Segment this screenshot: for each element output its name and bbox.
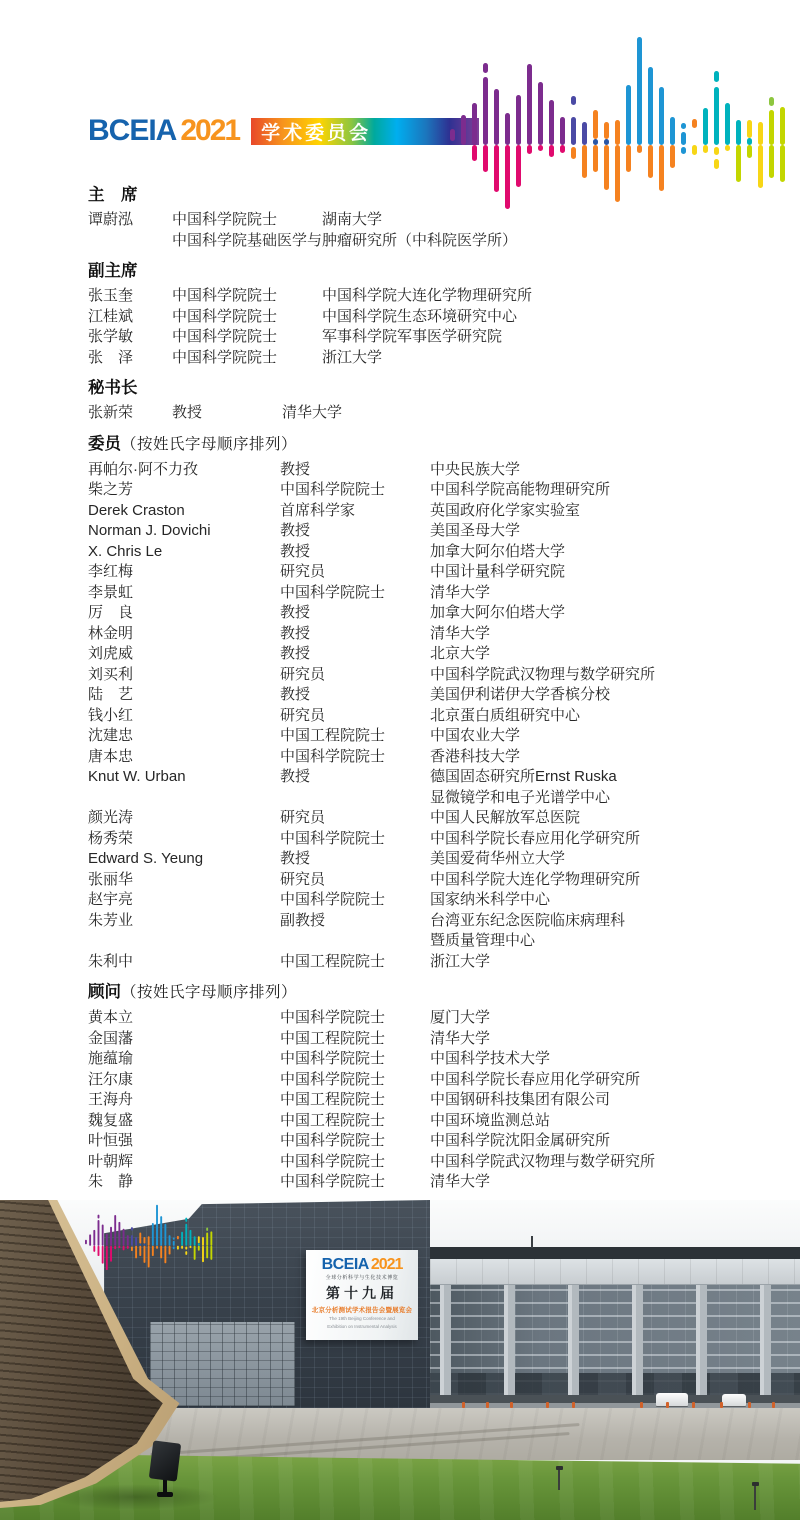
logo-bceia-text: BCEIA xyxy=(88,116,176,146)
billboard-name-cn: 北京分析测试学术报告会暨展览会 xyxy=(306,1305,418,1314)
committee-row: 赵宇亮中国科学院院士国家纳米科学中心 xyxy=(88,890,712,911)
committee-sections: 主 席谭蔚泓中国科学院院士湖南大学中国科学院基础医学与肿瘤研究所（中科院医学所）… xyxy=(88,184,712,1193)
member-name: 颜光涛 xyxy=(88,808,280,829)
committee-row: 刘买利研究员中国科学院武汉物理与数学研究所 xyxy=(88,665,712,686)
member-org: 中央民族大学 xyxy=(430,460,712,481)
member-org: 中国科学院沈阳金属研究所 xyxy=(430,1131,712,1152)
member-name: 柴之芳 xyxy=(88,480,280,501)
billboard-name-en: The 19th Beijing Conference and xyxy=(306,1316,418,1322)
equalizer-bar xyxy=(118,1204,120,1278)
equalizer-bar xyxy=(210,1204,212,1278)
section-heading-text: 顾问 xyxy=(88,983,121,1001)
member-title: 副教授 xyxy=(280,911,430,932)
equalizer-bar xyxy=(148,1204,150,1278)
committee-row: 叶朝辉中国科学院院士中国科学院武汉物理与数学研究所 xyxy=(88,1152,712,1173)
committee-row: 汪尔康中国科学院院士中国科学院长春应用化学研究所 xyxy=(88,1070,712,1091)
member-name: 施蕴瑜 xyxy=(88,1049,280,1070)
equalizer-graphic-small xyxy=(85,1204,212,1278)
member-name: 谭蔚泓 xyxy=(88,210,172,231)
member-org: 浙江大学 xyxy=(430,952,712,973)
member-org: 英国政府化学家实验室 xyxy=(430,501,712,522)
equalizer-bar xyxy=(144,1204,146,1278)
equalizer-bar xyxy=(780,35,785,230)
member-org: 清华大学 xyxy=(430,583,712,604)
billboard-bceia-text: BCEIA xyxy=(322,1256,369,1273)
member-title: 中国科学院院士 xyxy=(172,348,322,369)
member-org-line2: 显微镜学和电子光谱学中心 xyxy=(88,788,712,809)
equalizer-bar xyxy=(169,1204,171,1278)
committee-row: 朱芳业副教授台湾亚东纪念医院临床病理科 xyxy=(88,911,712,932)
member-title: 中国工程院院士 xyxy=(280,1029,430,1050)
equalizer-bar xyxy=(177,1204,179,1278)
member-name: 再帕尔·阿不力孜 xyxy=(88,460,280,481)
equalizer-bar xyxy=(152,1204,154,1278)
member-title: 中国科学院院士 xyxy=(280,1131,430,1152)
member-title: 教授 xyxy=(280,767,430,788)
member-title: 教授 xyxy=(172,403,282,424)
billboard-logo: BCEIA2021 xyxy=(306,1257,418,1273)
member-title: 中国科学院院士 xyxy=(172,307,322,328)
billboard-year-text: 2021 xyxy=(371,1256,403,1273)
photo-exhibition-hall xyxy=(430,1247,800,1408)
member-org: 美国圣母大学 xyxy=(430,521,712,542)
member-title: 教授 xyxy=(280,460,430,481)
member-org: 中国科学院大连化学物理研究所 xyxy=(430,870,712,891)
member-name: 魏复盛 xyxy=(88,1111,280,1132)
member-title: 研究员 xyxy=(280,665,430,686)
member-title: 中国科学院院士 xyxy=(280,583,430,604)
committee-row: 王海舟中国工程院院士中国钢研科技集团有限公司 xyxy=(88,1090,712,1111)
page-title: 学术委员会 xyxy=(261,118,371,145)
equalizer-bar xyxy=(758,35,763,230)
section-heading: 顾问（按姓氏字母顺序排列） xyxy=(88,981,712,1004)
equalizer-bar xyxy=(98,1204,100,1278)
member-name: 江桂斌 xyxy=(88,307,172,328)
photo-columns xyxy=(430,1285,800,1401)
logo-year-text: 2021 xyxy=(180,116,239,146)
equalizer-bar xyxy=(736,35,741,230)
member-org: 中国科学院武汉物理与数学研究所 xyxy=(430,665,712,686)
section-heading-text: 秘书长 xyxy=(88,379,138,397)
equalizer-bar xyxy=(85,1204,87,1278)
member-org: 湖南大学 xyxy=(322,210,712,231)
committee-row: 钱小红研究员北京蛋白质组研究中心 xyxy=(88,706,712,727)
committee-row: 颜光涛研究员中国人民解放军总医院 xyxy=(88,808,712,829)
equalizer-bar xyxy=(160,1204,162,1278)
member-name: 张玉奎 xyxy=(88,286,172,307)
member-title: 中国科学院院士 xyxy=(280,890,430,911)
member-name: 陆 艺 xyxy=(88,685,280,706)
committee-row: Norman J. Dovichi教授美国圣母大学 xyxy=(88,521,712,542)
equalizer-bar xyxy=(747,35,752,230)
equalizer-bar xyxy=(93,1204,95,1278)
committee-row: 再帕尔·阿不力孜教授中央民族大学 xyxy=(88,460,712,481)
committee-row: 叶恒强中国科学院院士中国科学院沈阳金属研究所 xyxy=(88,1131,712,1152)
section-heading-note: （按姓氏字母顺序排列） xyxy=(121,984,297,1001)
member-name: Norman J. Dovichi xyxy=(88,521,280,542)
member-title: 中国科学院院士 xyxy=(280,1070,430,1091)
member-title: 中国科学院院士 xyxy=(172,286,322,307)
equalizer-bar xyxy=(206,1204,208,1278)
member-name: 厉 良 xyxy=(88,603,280,624)
member-name: 朱芳业 xyxy=(88,911,280,932)
section-heading-text: 副主席 xyxy=(88,262,138,280)
member-title: 中国科学院院士 xyxy=(280,747,430,768)
section-heading: 副主席 xyxy=(88,260,712,282)
equalizer-bar xyxy=(164,1204,166,1278)
member-org: 香港科技大学 xyxy=(430,747,712,768)
member-title: 中国科学院院士 xyxy=(172,210,322,231)
member-title: 中国科学院院士 xyxy=(280,1049,430,1070)
member-name: 林金明 xyxy=(88,624,280,645)
photo-van xyxy=(722,1394,746,1406)
bceia-logo: BCEIA 2021 学术委员会 xyxy=(88,116,479,146)
member-org: 浙江大学 xyxy=(322,348,712,369)
committee-row: 施蕴瑜中国科学院院士中国科学技术大学 xyxy=(88,1049,712,1070)
photo-parapet xyxy=(430,1247,800,1259)
committee-row: 金国藩中国工程院院士清华大学 xyxy=(88,1029,712,1050)
member-title: 教授 xyxy=(280,849,430,870)
member-org: 德国固态研究所Ernst Ruska xyxy=(430,767,712,788)
equalizer-bar xyxy=(89,1204,91,1278)
committee-row: 朱利中中国工程院院士浙江大学 xyxy=(88,952,712,973)
committee-row: 张学敏中国科学院院士军事科学院军事医学研究院 xyxy=(88,327,712,348)
photo-annex xyxy=(150,1322,295,1406)
equalizer-bar xyxy=(135,1204,137,1278)
section-heading: 委员（按姓氏字母顺序排列） xyxy=(88,433,712,456)
member-title: 教授 xyxy=(280,603,430,624)
equalizer-bar xyxy=(123,1204,125,1278)
committee-row: 沈建忠中国工程院院士中国农业大学 xyxy=(88,726,712,747)
member-name: 金国藩 xyxy=(88,1029,280,1050)
committee-row: 魏复盛中国工程院院士中国环境监测总站 xyxy=(88,1111,712,1132)
equalizer-bar xyxy=(110,1204,112,1278)
member-org: 中国科学院长春应用化学研究所 xyxy=(430,829,712,850)
member-title: 教授 xyxy=(280,685,430,706)
committee-row: 张新荣教授清华大学 xyxy=(88,403,712,424)
member-name: 刘买利 xyxy=(88,665,280,686)
photo-fascia xyxy=(430,1259,800,1285)
spotlight-head xyxy=(149,1440,181,1481)
member-org: 厦门大学 xyxy=(430,1008,712,1029)
equalizer-bar xyxy=(181,1204,183,1278)
member-title: 中国科学院院士 xyxy=(172,327,322,348)
member-name: 朱利中 xyxy=(88,952,280,973)
member-org: 中国环境监测总站 xyxy=(430,1111,712,1132)
member-name: 黄本立 xyxy=(88,1008,280,1029)
spotlight-base xyxy=(157,1492,173,1497)
committee-row: 张 泽中国科学院院士浙江大学 xyxy=(88,348,712,369)
billboard: BCEIA2021 全球分析科学与生化技术博览 第十九届 北京分析测试学术报告会… xyxy=(306,1250,418,1340)
equalizer-bar xyxy=(173,1204,175,1278)
equalizer-bar xyxy=(769,35,774,230)
member-org: 中国科学院大连化学物理研究所 xyxy=(322,286,712,307)
member-name: 刘虎威 xyxy=(88,644,280,665)
member-name: X. Chris Le xyxy=(88,542,280,563)
member-name: Knut W. Urban xyxy=(88,767,280,788)
committee-row: Edward S. Yeung教授美国爱荷华州立大学 xyxy=(88,849,712,870)
committee-row: 李景虹中国科学院院士清华大学 xyxy=(88,583,712,604)
photo-antenna xyxy=(531,1236,533,1248)
member-title: 研究员 xyxy=(280,870,430,891)
section-chairman: 主 席谭蔚泓中国科学院院士湖南大学中国科学院基础医学与肿瘤研究所（中科院医学所） xyxy=(88,184,712,251)
billboard-name-en: Exhibition on Instrumental Analysis xyxy=(306,1324,418,1330)
committee-row: 柴之芳中国科学院院士中国科学院高能物理研究所 xyxy=(88,480,712,501)
section-vice-chairmen: 副主席张玉奎中国科学院院士中国科学院大连化学物理研究所江桂斌中国科学院院士中国科… xyxy=(88,260,712,368)
member-org: 中国科学院高能物理研究所 xyxy=(430,480,712,501)
member-name: 王海舟 xyxy=(88,1090,280,1111)
equalizer-bar xyxy=(714,35,719,230)
equalizer-bar xyxy=(106,1204,108,1278)
member-org: 清华大学 xyxy=(282,403,712,424)
committee-row: 陆 艺教授美国伊利诺伊大学香槟分校 xyxy=(88,685,712,706)
member-org: 清华大学 xyxy=(430,1029,712,1050)
section-heading: 秘书长 xyxy=(88,377,712,399)
member-title: 研究员 xyxy=(280,706,430,727)
member-name: 张学敏 xyxy=(88,327,172,348)
member-org: 中国农业大学 xyxy=(430,726,712,747)
member-name: 沈建忠 xyxy=(88,726,280,747)
committee-row: 杨秀荣中国科学院院士中国科学院长春应用化学研究所 xyxy=(88,829,712,850)
section-heading-text: 主 席 xyxy=(88,186,138,204)
member-title: 教授 xyxy=(280,644,430,665)
section-heading: 主 席 xyxy=(88,184,712,206)
committee-row: 谭蔚泓中国科学院院士湖南大学 xyxy=(88,210,712,231)
committee-row: 厉 良教授加拿大阿尔伯塔大学 xyxy=(88,603,712,624)
equalizer-bar xyxy=(131,1204,133,1278)
equalizer-bar xyxy=(202,1204,204,1278)
equalizer-bar xyxy=(114,1204,116,1278)
committee-row: 李红梅研究员中国计量科学研究院 xyxy=(88,562,712,583)
photo-lawn-light xyxy=(748,1482,762,1510)
section-heading-text: 委员 xyxy=(88,435,121,453)
member-org: 中国人民解放军总医院 xyxy=(430,808,712,829)
member-name: 张新荣 xyxy=(88,403,172,424)
member-org: 加拿大阿尔伯塔大学 xyxy=(430,603,712,624)
member-title: 教授 xyxy=(280,624,430,645)
member-name: 叶恒强 xyxy=(88,1131,280,1152)
photo-lawn-light xyxy=(552,1466,566,1490)
member-title: 中国科学院院士 xyxy=(280,1152,430,1173)
photo-spotlight xyxy=(148,1442,182,1504)
member-title: 教授 xyxy=(280,521,430,542)
section-secretary-general: 秘书长张新荣教授清华大学 xyxy=(88,377,712,424)
member-org: 清华大学 xyxy=(430,624,712,645)
member-title: 首席科学家 xyxy=(280,501,430,522)
member-org: 加拿大阿尔伯塔大学 xyxy=(430,542,712,563)
member-name: 朱 静 xyxy=(88,1172,280,1193)
member-name: 赵宇亮 xyxy=(88,890,280,911)
committee-row: Knut W. Urban教授德国固态研究所Ernst Ruska xyxy=(88,767,712,788)
equalizer-bar xyxy=(156,1204,158,1278)
member-name: Edward S. Yeung xyxy=(88,849,280,870)
member-org: 美国爱荷华州立大学 xyxy=(430,849,712,870)
member-title: 教授 xyxy=(280,542,430,563)
committee-row: 黄本立中国科学院院士厦门大学 xyxy=(88,1008,712,1029)
committee-row: 唐本忠中国科学院院士香港科技大学 xyxy=(88,747,712,768)
equalizer-bar xyxy=(725,35,730,230)
committee-row: 刘虎威教授北京大学 xyxy=(88,644,712,665)
committee-row: 张玉奎中国科学院院士中国科学院大连化学物理研究所 xyxy=(88,286,712,307)
member-name: 张 泽 xyxy=(88,348,172,369)
photo-van xyxy=(656,1393,688,1406)
billboard-tagline: 全球分析科学与生化技术博览 xyxy=(306,1274,418,1281)
member-title: 研究员 xyxy=(280,808,430,829)
member-org: 军事科学院军事医学研究院 xyxy=(322,327,712,348)
equalizer-bar xyxy=(102,1204,104,1278)
committee-row: 张丽华研究员中国科学院大连化学物理研究所 xyxy=(88,870,712,891)
member-name: 唐本忠 xyxy=(88,747,280,768)
member-org: 中国钢研科技集团有限公司 xyxy=(430,1090,712,1111)
member-name: 李景虹 xyxy=(88,583,280,604)
member-name: 钱小红 xyxy=(88,706,280,727)
member-title: 研究员 xyxy=(280,562,430,583)
member-org: 台湾亚东纪念医院临床病理科 xyxy=(430,911,712,932)
member-title: 中国科学院院士 xyxy=(280,1008,430,1029)
committee-row: 朱 静中国科学院院士清华大学 xyxy=(88,1172,712,1193)
member-title: 中国工程院院士 xyxy=(280,1090,430,1111)
member-title: 中国工程院院士 xyxy=(280,1111,430,1132)
member-org-line2: 暨质量管理中心 xyxy=(88,931,712,952)
committee-row: 林金明教授清华大学 xyxy=(88,624,712,645)
member-name: 杨秀荣 xyxy=(88,829,280,850)
title-banner: 学术委员会 xyxy=(251,118,479,145)
member-name: Derek Craston xyxy=(88,501,280,522)
member-name: 汪尔康 xyxy=(88,1070,280,1091)
member-org: 中国科学院武汉物理与数学研究所 xyxy=(430,1152,712,1173)
equalizer-bar xyxy=(190,1204,192,1278)
equalizer-bar xyxy=(198,1204,200,1278)
member-name: 李红梅 xyxy=(88,562,280,583)
member-org: 中国科学院生态环境研究中心 xyxy=(322,307,712,328)
section-advisors: 顾问（按姓氏字母顺序排列）黄本立中国科学院院士厦门大学金国藩中国工程院院士清华大… xyxy=(88,981,712,1193)
member-name: 张丽华 xyxy=(88,870,280,891)
member-org: 美国伊利诺伊大学香槟分校 xyxy=(430,685,712,706)
member-org: 国家纳米科学中心 xyxy=(430,890,712,911)
committee-row: Derek Craston首席科学家英国政府化学家实验室 xyxy=(88,501,712,522)
member-title: 中国工程院院士 xyxy=(280,952,430,973)
member-title: 中国科学院院士 xyxy=(280,829,430,850)
member-org: 中国科学技术大学 xyxy=(430,1049,712,1070)
committee-row: 江桂斌中国科学院院士中国科学院生态环境研究中心 xyxy=(88,307,712,328)
equalizer-bar xyxy=(139,1204,141,1278)
member-title: 中国科学院院士 xyxy=(280,1172,430,1193)
member-org-line2: 中国科学院基础医学与肿瘤研究所（中科院医学所） xyxy=(88,231,712,252)
member-org: 北京大学 xyxy=(430,644,712,665)
committee-row: X. Chris Le教授加拿大阿尔伯塔大学 xyxy=(88,542,712,563)
member-name: 叶朝辉 xyxy=(88,1152,280,1173)
member-title: 中国科学院院士 xyxy=(280,480,430,501)
member-org: 北京蛋白质组研究中心 xyxy=(430,706,712,727)
equalizer-bar xyxy=(185,1204,187,1278)
section-heading-note: （按姓氏字母顺序排列） xyxy=(121,436,297,453)
member-org: 中国科学院长春应用化学研究所 xyxy=(430,1070,712,1091)
venue-photo: BCEIA2021 全球分析科学与生化技术博览 第十九届 北京分析测试学术报告会… xyxy=(0,1200,800,1520)
member-title: 中国工程院院士 xyxy=(280,726,430,747)
equalizer-bar xyxy=(194,1204,196,1278)
equalizer-bar xyxy=(127,1204,129,1278)
section-members: 委员（按姓氏字母顺序排列）再帕尔·阿不力孜教授中央民族大学柴之芳中国科学院院士中… xyxy=(88,433,712,973)
member-org: 中国计量科学研究院 xyxy=(430,562,712,583)
billboard-session: 第十九届 xyxy=(306,1283,418,1303)
member-org: 清华大学 xyxy=(430,1172,712,1193)
